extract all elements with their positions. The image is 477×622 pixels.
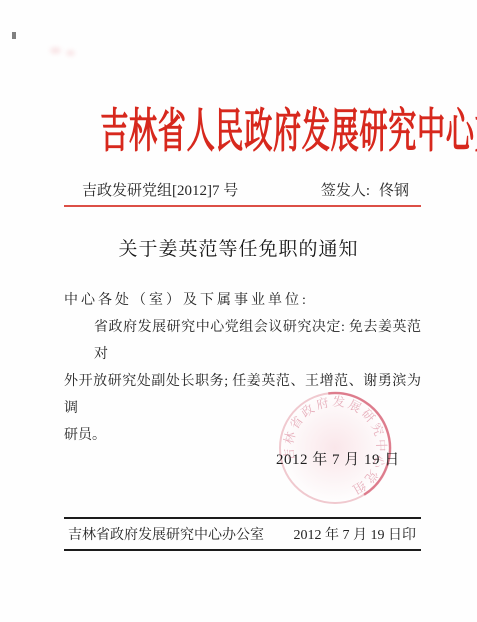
red-divider [64,205,421,207]
doc-number: 吉政发研党组[2012]7 号 [82,179,238,200]
footer-office: 吉林省政府发展研究中心办公室 [68,524,264,544]
letterhead-title: 吉林省人民政府发展研究中心文件 [100,94,383,161]
notice-title: 关于姜英范等任免职的通知 [0,234,477,261]
footer-print-date: 2012 年 7 月 19 日印 [294,524,417,544]
footer-rule-top [64,517,421,519]
signer-label: 签发人: [321,183,370,199]
footer-row: 吉林省政府发展研究中心办公室 2012 年 7 月 19 日印 [64,520,421,548]
issue-date: 2012 年 7 月 19 日 [276,448,400,469]
document-page: 吉林省人民政府发展研究中心文件 吉政发研党组[2012]7 号 签发人:佟钢 关… [0,0,477,622]
footer-rule-bottom [64,549,421,551]
body-line: 中心各处（室）及下属事业单位: [64,287,421,314]
signer-name: 佟钢 [379,183,409,199]
scan-smudge [50,47,61,54]
signer-block: 签发人:佟钢 [321,179,409,200]
doc-number-row: 吉政发研党组[2012]7 号 签发人:佟钢 [64,179,421,200]
body-line: 省政府发展研究中心党组会议研究决定: 免去姜英范对 [64,314,421,368]
scan-speck [12,32,16,39]
scan-smudge [66,50,75,56]
